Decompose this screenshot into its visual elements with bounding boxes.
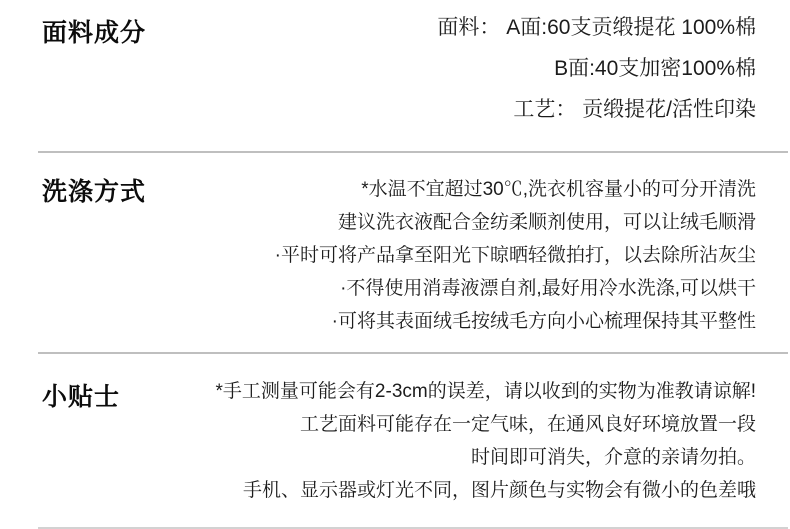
section-washing-instructions: 洗涤方式 *水温不宜超过30℃,洗衣机容量小的可分开清洗 建议洗衣液配合金纺柔顺… (0, 153, 790, 352)
washing-line-temperature: *水温不宜超过30℃,洗衣机容量小的可分开清洗 (146, 173, 756, 206)
tips-line-odor: 工艺面料可能存在一定气味，在通风良好环境放置一段 (120, 408, 756, 441)
washing-line-combing: ·可将其表面绒毛按绒毛方向小心梳理保持其平整性 (146, 305, 756, 338)
fabric-line-material-b: B面:40支加密100%棉 (146, 48, 756, 89)
washing-instructions-title: 洗涤方式 (0, 153, 146, 208)
washing-line-detergent: 建议洗衣液配合金纺柔顺剂使用，可以让绒毛顺滑 (146, 206, 756, 239)
fabric-line-craft: 工艺： 贡缎提花/活性印染 (146, 89, 756, 130)
fabric-line-material-a: 面料： A面:60支贡缎提花 100%棉 (146, 7, 756, 48)
washing-line-sunning: ·平时可将产品拿至阳光下晾晒轻微拍打，以去除所沾灰尘 (146, 239, 756, 272)
section-fabric-composition: 面料成分 面料： A面:60支贡缎提花 100%棉 B面:40支加密100%棉 … (0, 0, 790, 151)
fabric-composition-title: 面料成分 (0, 0, 146, 49)
washing-instructions-text: *水温不宜超过30℃,洗衣机容量小的可分开清洗 建议洗衣液配合金纺柔顺剂使用，可… (146, 153, 790, 338)
tips-text: *手工测量可能会有2-3cm的误差，请以收到的实物为准教请谅解! 工艺面料可能存… (120, 354, 790, 507)
fabric-composition-text: 面料： A面:60支贡缎提花 100%棉 B面:40支加密100%棉 工艺： 贡… (146, 0, 790, 130)
washing-line-no-bleach: ·不得使用消毒液漂自剂,最好用冷水洗涤,可以烘干 (146, 272, 756, 305)
product-detail-page: 面料成分 面料： A面:60支贡缎提花 100%棉 B面:40支加密100%棉 … (0, 0, 790, 529)
tips-line-odor-continued: 时间即可消失，介意的亲请勿拍。 (120, 441, 756, 474)
tips-line-color-difference: 手机、显示器或灯光不同，图片颜色与实物会有微小的色差哦 (120, 474, 756, 507)
tips-line-measurement: *手工测量可能会有2-3cm的误差，请以收到的实物为准教请谅解! (120, 375, 756, 408)
section-tips: 小贴士 *手工测量可能会有2-3cm的误差，请以收到的实物为准教请谅解! 工艺面… (0, 354, 790, 527)
tips-title: 小贴士 (0, 354, 120, 413)
